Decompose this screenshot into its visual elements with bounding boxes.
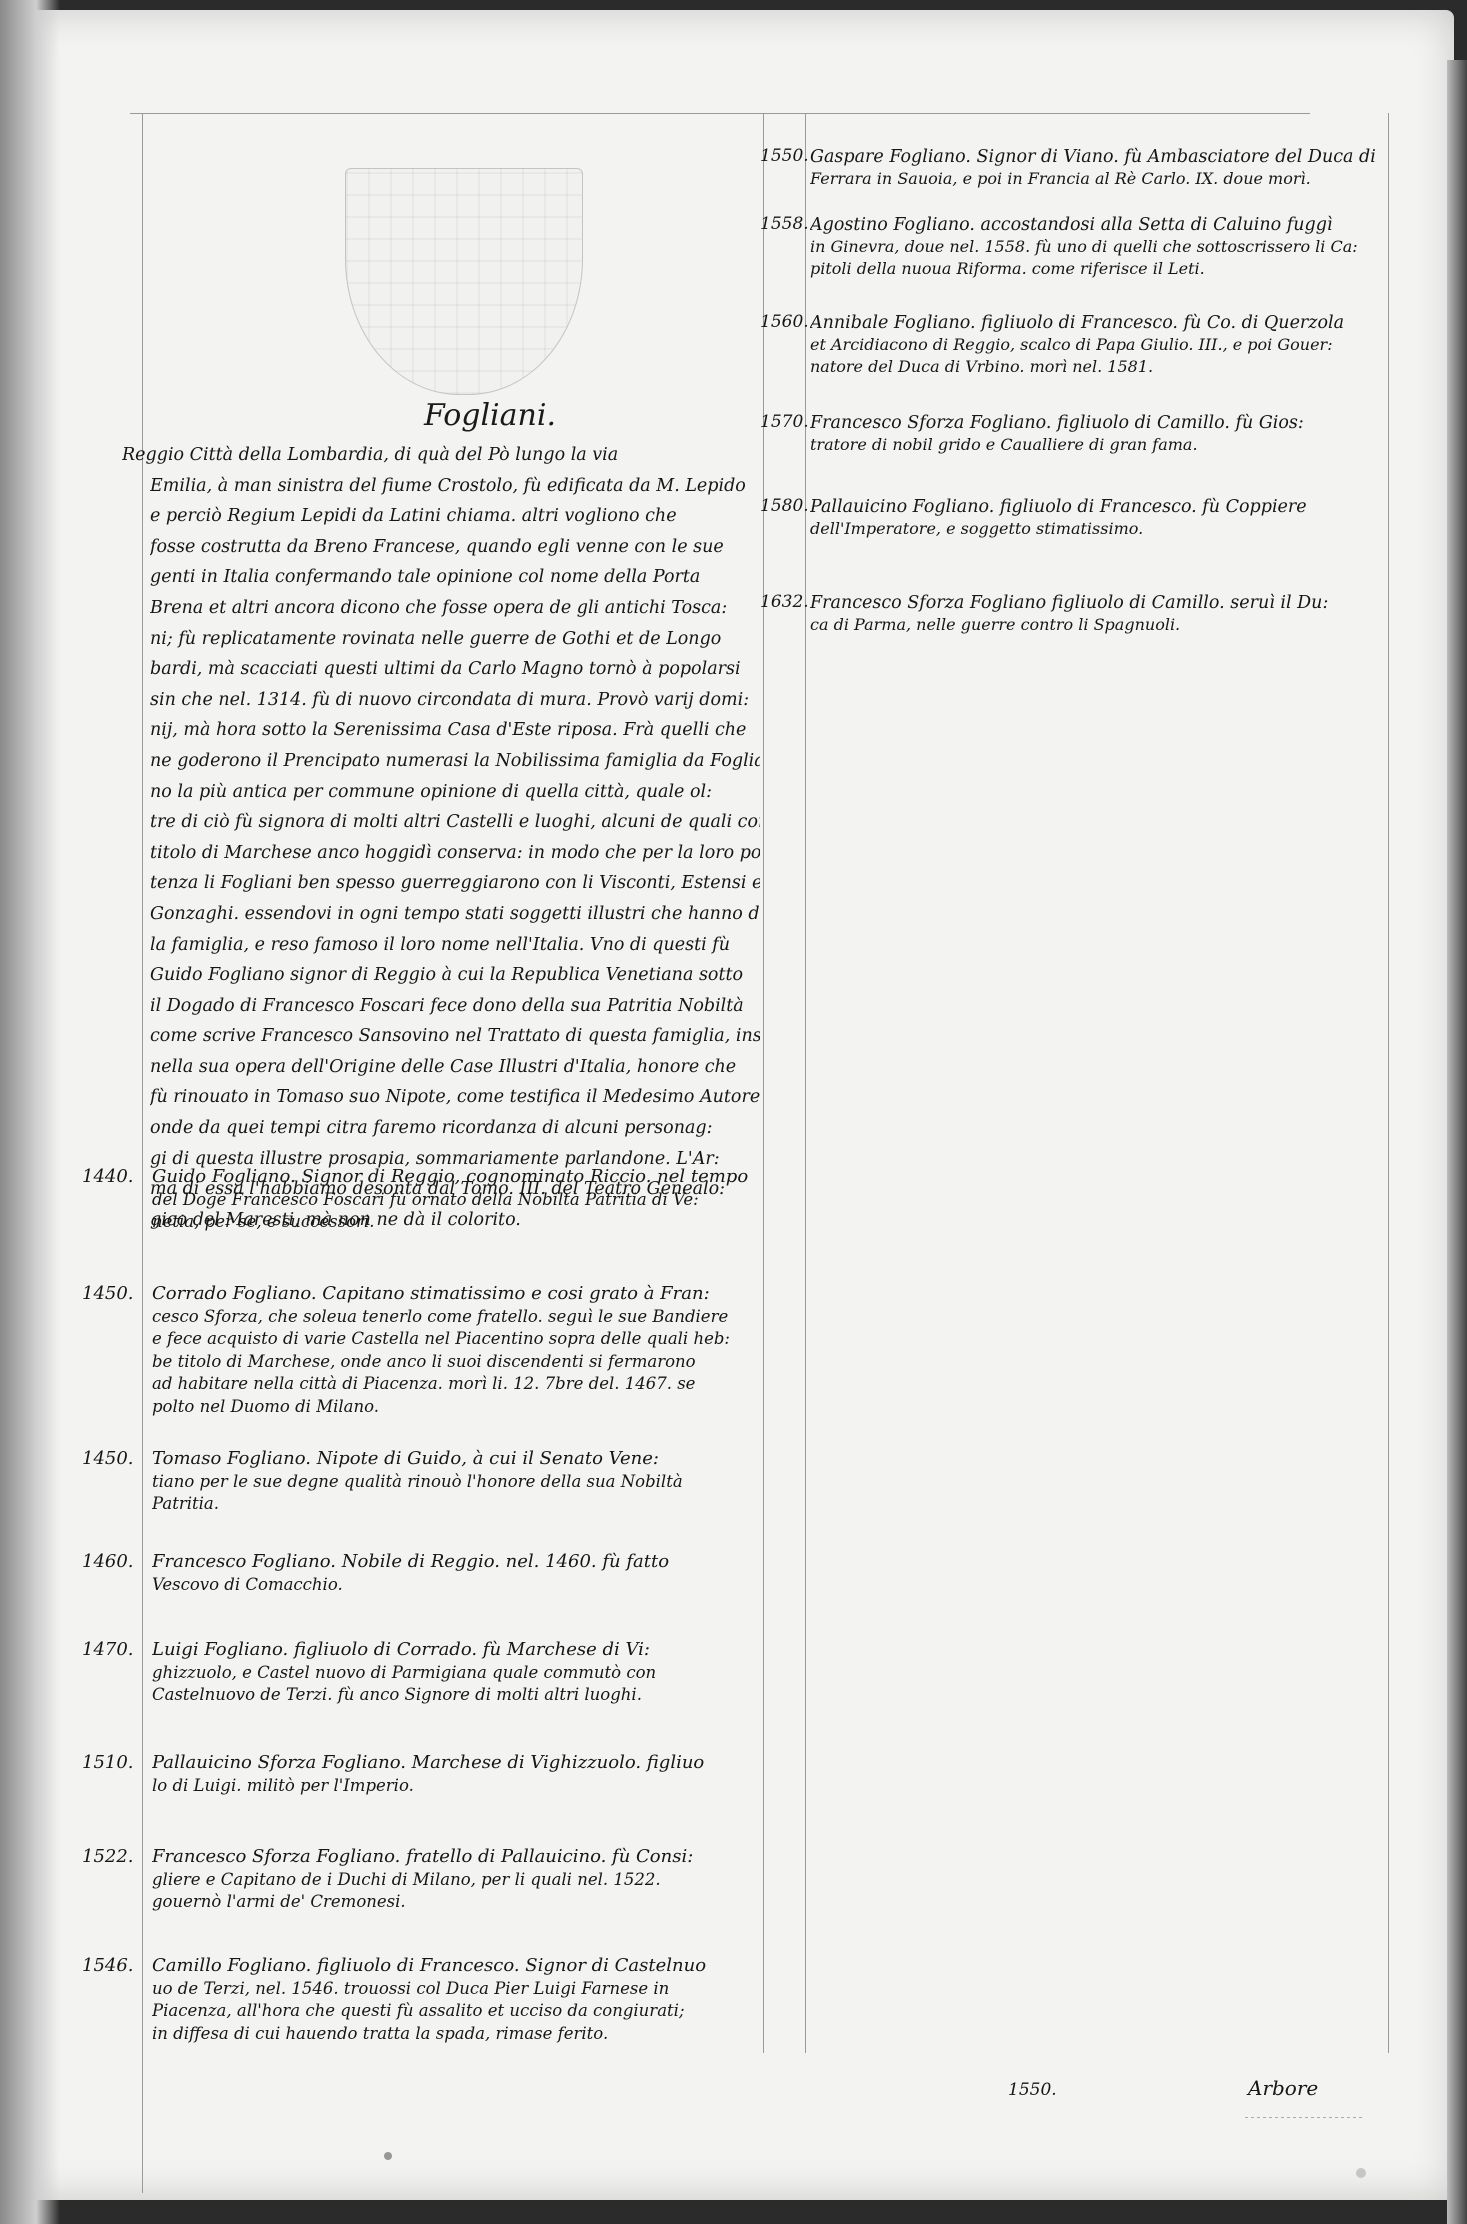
ink-spot bbox=[384, 2152, 392, 2160]
top-ruling bbox=[130, 113, 1310, 114]
entry-text: Francesco Fogliano. Nobile di Reggio. ne… bbox=[152, 1551, 762, 1596]
entry-line: uo de Terzi, nel. 1546. trouossi col Duc… bbox=[152, 1978, 762, 2001]
entry-line: ad habitare nella città di Piacenza. mor… bbox=[152, 1373, 762, 1396]
entry-line: Francesco Sforza Fogliano. fratello di P… bbox=[152, 1846, 762, 1869]
intro-line: nij, mà hora sotto la Serenissima Casa d… bbox=[150, 715, 760, 746]
entry-line: Pallauicino Sforza Fogliano. Marchese di… bbox=[152, 1752, 762, 1775]
entry-text: Corrado Fogliano. Capitano stimatissimo … bbox=[152, 1283, 762, 1418]
entry-year: 1580. bbox=[760, 496, 809, 516]
entry-year: 1522. bbox=[82, 1846, 134, 1867]
intro-line: no la più antica per commune opinione di… bbox=[150, 777, 760, 808]
entry-line: Francesco Sforza Fogliano figliuolo di C… bbox=[810, 592, 1400, 614]
entry-year: 1550. bbox=[760, 146, 809, 166]
intro-line: fosse costrutta da Breno Francese, quand… bbox=[150, 532, 760, 563]
entry-year: 1546. bbox=[82, 1955, 134, 1976]
entry-line: Vescovo di Comacchio. bbox=[152, 1574, 762, 1597]
entry-year: 1510. bbox=[82, 1752, 134, 1773]
intro-line: Gonzaghi. essendovi in ogni tempo stati … bbox=[150, 899, 760, 930]
intro-paragraph: Reggio Città della Lombardia, di quà del… bbox=[150, 440, 760, 1235]
intro-line: Brena et altri ancora dicono che fosse o… bbox=[150, 593, 760, 624]
entry-year: 1560. bbox=[760, 312, 809, 332]
entry-line: e fece acquisto di varie Castella nel Pi… bbox=[152, 1328, 762, 1351]
intro-line: bardi, mà scacciati questi ultimi da Car… bbox=[150, 654, 760, 685]
entry-line: Luigi Fogliano. figliuolo di Corrado. fù… bbox=[152, 1639, 762, 1662]
entry-line: dell'Imperatore, e soggetto stimatissimo… bbox=[810, 518, 1400, 540]
entry-line: Francesco Fogliano. Nobile di Reggio. ne… bbox=[152, 1551, 762, 1574]
right-column-inner-ruling bbox=[805, 113, 806, 2053]
tree-reference-note: Arbore bbox=[1248, 2076, 1318, 2100]
entry-year: 1470. bbox=[82, 1639, 134, 1660]
entry-line: ca di Parma, nelle guerre contro li Spag… bbox=[810, 614, 1400, 636]
intro-line: tre di ciò fù signora di molti altri Cas… bbox=[150, 807, 760, 838]
catchword: 1550. bbox=[1008, 2080, 1057, 2100]
intro-line: fù rinouato in Tomaso suo Nipote, come t… bbox=[150, 1082, 760, 1113]
entry-line: pitoli della nuoua Riforma. come riferis… bbox=[810, 258, 1400, 280]
entry-text: Francesco Sforza Fogliano. figliuolo di … bbox=[810, 412, 1400, 456]
entry-line: tratore di nobil grido e Caualliere di g… bbox=[810, 434, 1400, 456]
intro-line: il Dogado di Francesco Foscari fece dono… bbox=[150, 991, 760, 1022]
entry-text: Gaspare Fogliano. Signor di Viano. fù Am… bbox=[810, 146, 1400, 190]
intro-line: Reggio Città della Lombardia, di quà del… bbox=[122, 440, 760, 471]
intro-line: onde da quei tempi citra faremo ricordan… bbox=[150, 1113, 760, 1144]
entry-line: netia, per se, e successori. bbox=[152, 1211, 762, 1234]
entry-line: Guido Fogliano. Signor di Reggio, cognom… bbox=[152, 1166, 762, 1189]
intro-line: nella sua opera dell'Origine delle Case … bbox=[150, 1052, 760, 1083]
entry-line: Pallauicino Fogliano. figliuolo di Franc… bbox=[810, 496, 1400, 518]
entry-line: Ferrara in Sauoia, e poi in Francia al R… bbox=[810, 168, 1400, 190]
footer-dotted-rule bbox=[1245, 2117, 1365, 2118]
right-margin-ruling bbox=[1388, 113, 1389, 2053]
entry-year: 1570. bbox=[760, 412, 809, 432]
entry-line: et Arcidiacono di Reggio, scalco di Papa… bbox=[810, 334, 1400, 356]
entry-text: Pallauicino Fogliano. figliuolo di Franc… bbox=[810, 496, 1400, 540]
entry-line: Camillo Fogliano. figliuolo di Francesco… bbox=[152, 1955, 762, 1978]
intro-line: e perciò Regium Lepidi da Latini chiama.… bbox=[150, 501, 760, 532]
entry-line: in Ginevra, doue nel. 1558. fù uno di qu… bbox=[810, 236, 1400, 258]
entry-line: Castelnuovo de Terzi. fù anco Signore di… bbox=[152, 1684, 762, 1707]
entry-line: cesco Sforza, che soleua tenerlo come fr… bbox=[152, 1306, 762, 1329]
page-edge-shadow-left bbox=[0, 0, 60, 2224]
entry-year: 1558. bbox=[760, 214, 809, 234]
entry-line: Francesco Sforza Fogliano. figliuolo di … bbox=[810, 412, 1400, 434]
entry-line: be titolo di Marchese, onde anco li suoi… bbox=[152, 1351, 762, 1374]
entry-text: Francesco Sforza Fogliano. fratello di P… bbox=[152, 1846, 762, 1914]
left-margin-ruling bbox=[142, 113, 143, 2193]
intro-line: Guido Fogliano signor di Reggio à cui la… bbox=[150, 960, 760, 991]
entry-line: in diffesa di cui hauendo tratta la spad… bbox=[152, 2023, 762, 2046]
intro-line: la famiglia, e reso famoso il loro nome … bbox=[150, 930, 760, 961]
entry-text: Annibale Fogliano. figliuolo di Francesc… bbox=[810, 312, 1400, 378]
entry-text: Pallauicino Sforza Fogliano. Marchese di… bbox=[152, 1752, 762, 1797]
intro-line: ne goderono il Prencipato numerasi la No… bbox=[150, 746, 760, 777]
intro-line: ni; fù replicatamente rovinata nelle gue… bbox=[150, 624, 760, 655]
entry-line: gliere e Capitano de i Duchi di Milano, … bbox=[152, 1869, 762, 1892]
entry-line: Agostino Fogliano. accostandosi alla Set… bbox=[810, 214, 1400, 236]
intro-line: tenza li Fogliani ben spesso guerreggiar… bbox=[150, 868, 760, 899]
entry-text: Tomaso Fogliano. Nipote di Guido, à cui … bbox=[152, 1448, 762, 1516]
entry-line: tiano per le sue degne qualità rinouò l'… bbox=[152, 1471, 762, 1494]
entry-line: gouernò l'armi de' Cremonesi. bbox=[152, 1891, 762, 1914]
entry-line: lo di Luigi. militò per l'Imperio. bbox=[152, 1775, 762, 1798]
page-edge-shadow-right bbox=[1447, 60, 1467, 2224]
entry-line: polto nel Duomo di Milano. bbox=[152, 1396, 762, 1419]
entry-year: 1450. bbox=[82, 1448, 134, 1469]
intro-line: sin che nel. 1314. fù di nuovo circondat… bbox=[150, 685, 760, 716]
page-title: Fogliani. bbox=[390, 398, 590, 433]
entry-line: Annibale Fogliano. figliuolo di Francesc… bbox=[810, 312, 1400, 334]
entry-text: Agostino Fogliano. accostandosi alla Set… bbox=[810, 214, 1400, 280]
entry-line: Corrado Fogliano. Capitano stimatissimo … bbox=[152, 1283, 762, 1306]
intro-line: come scrive Francesco Sansovino nel Trat… bbox=[150, 1021, 760, 1052]
entry-line: natore del Duca di Vrbino. morì nel. 158… bbox=[810, 356, 1400, 378]
entry-year: 1450. bbox=[82, 1283, 134, 1304]
entry-line: ghizzuolo, e Castel nuovo di Parmigiana … bbox=[152, 1662, 762, 1685]
ink-spot bbox=[1356, 2168, 1366, 2178]
entry-text: Guido Fogliano. Signor di Reggio, cognom… bbox=[152, 1166, 762, 1234]
entry-text: Camillo Fogliano. figliuolo di Francesco… bbox=[152, 1955, 762, 2045]
entry-year: 1632. bbox=[760, 592, 809, 612]
intro-line: titolo di Marchese anco hoggidì conserva… bbox=[150, 838, 760, 869]
entry-line: Gaspare Fogliano. Signor di Viano. fù Am… bbox=[810, 146, 1400, 168]
entry-line: del Doge Francesco Foscari fù ornato del… bbox=[152, 1189, 762, 1212]
intro-line: Emilia, à man sinistra del fiume Crostol… bbox=[150, 471, 760, 502]
column-divider-ruling bbox=[763, 113, 764, 2053]
entry-year: 1460. bbox=[82, 1551, 134, 1572]
intro-line: genti in Italia confermando tale opinion… bbox=[150, 562, 760, 593]
entry-line: Piacenza, all'hora che questi fù assalit… bbox=[152, 2000, 762, 2023]
entry-text: Francesco Sforza Fogliano figliuolo di C… bbox=[810, 592, 1400, 636]
entry-year: 1440. bbox=[82, 1166, 134, 1187]
entry-line: Patritia. bbox=[152, 1493, 762, 1516]
entry-text: Luigi Fogliano. figliuolo di Corrado. fù… bbox=[152, 1639, 762, 1707]
entry-line: Tomaso Fogliano. Nipote di Guido, à cui … bbox=[152, 1448, 762, 1471]
